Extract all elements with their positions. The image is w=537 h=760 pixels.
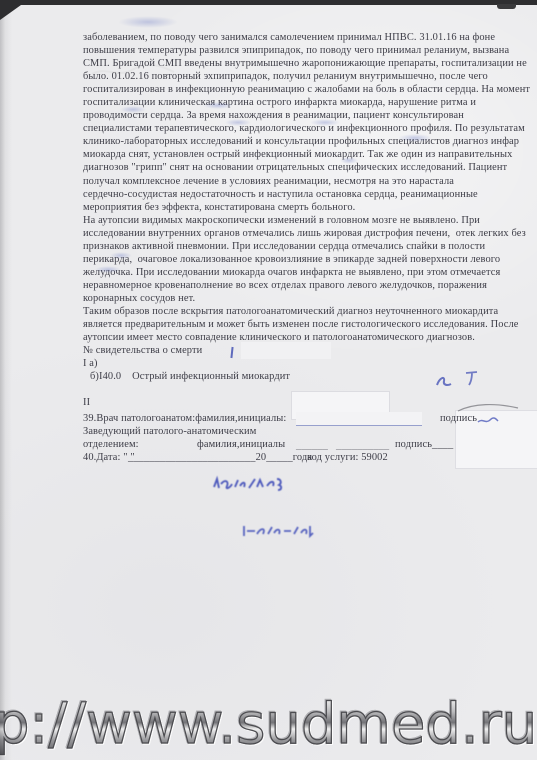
department-head-label-1: Заведующий патолого-анатомическим [83,426,256,437]
redaction-box-doctor-name [296,412,422,426]
report-text-line: получал комплексное лечение в условиях р… [83,175,537,188]
cause-item-1a: I а) [83,358,98,369]
report-text-line: неравномерное кровенаполнение во всех от… [83,279,537,292]
section-ii-label: II [83,397,90,408]
report-text-line: На аутопсии видимых макроскопически изме… [83,214,537,227]
department-head-label-2: отделением: [83,439,139,450]
pen-smudge [110,252,132,259]
report-text-line: является предварительным и может быть из… [83,318,537,331]
report-text-line: мероприятия без эффекта, констатирована … [83,201,537,214]
report-text-line: желудочка. При исследовании миокарда оча… [83,266,537,279]
head-sign-label: подпись____ [395,439,453,450]
report-text-line: госпитализирован в инфекционную реанимац… [83,83,537,96]
blue-stamp-fragment-2 [241,522,315,540]
pen-smudge [203,102,233,109]
date-blank-line: ________________________20_____года [128,452,312,463]
blue-stamp-fragment-1 [211,475,287,495]
report-text-line: коронарных сосудов нет. [83,292,537,305]
cause-item-1b-icd: б)I40.0 Острый инфекционный миокардит [90,371,290,382]
report-text-line: диагнозов "грипп" снят на основании отри… [83,161,537,174]
head-name-underscores: ______ __________ [296,440,389,451]
pen-smudge [120,106,146,113]
pen-smudge [118,16,178,28]
report-text-line: миокарда снят, установлен острый инфекци… [83,148,537,161]
pathologist-sign-label: подпись [440,413,477,424]
pen-mark-t [464,369,480,387]
redaction-box-certificate-number [241,342,331,359]
scan-top-edge [0,0,537,5]
report-text-line: СМП. Бригадой СМП введены внутримышечно … [83,57,537,70]
report-text-line: клинико-лабораторных исследований и конс… [83,135,537,148]
scanned-document-page: заболеванием, по поводу чего занимался с… [0,0,537,760]
scan-edge-notch [497,4,516,9]
date-label: 40.Дата: " " [83,452,135,463]
report-text-line: повышения температуры развился эпиприпад… [83,44,537,57]
report-text-block: заболеванием, по поводу чего занимался с… [83,31,537,344]
report-text-line: заболеванием, по поводу чего занимался с… [83,31,537,44]
signature-stroke-over-box [456,401,520,413]
pen-mark-check [434,372,454,390]
pen-smudge [225,119,251,126]
report-text-line: исследовании внутренних органов отмечали… [83,227,537,240]
report-text-line: перикарда, очаговое локализованное крово… [83,253,537,266]
report-text-line: сердечно-сосудистая недостаточность и на… [83,188,537,201]
pen-smudge [310,119,340,126]
scan-left-edge-shade [0,0,12,760]
pen-smudge [95,266,121,273]
report-text-line: признаков активной пневмонии. При исслед… [83,240,537,253]
pathologist-label: 39.Врач патологоанатом:фамилия,инициалы: [83,413,286,424]
head-name-field-label: фамилия,инициалы [197,439,285,450]
report-text-line: аутопсии имеет место совпадение клиничес… [83,331,537,344]
pen-signature-squiggle [476,416,500,426]
report-text-line: Таким образов после вскрытия патологоана… [83,305,537,318]
certificate-number-label: № свидетельства о смерти [83,345,202,356]
pen-smudge [398,134,432,142]
report-text-line: было. 01.02.16 повторный эхпиприпадок, п… [83,70,537,83]
sudmed-watermark: p://www.sudmed.ru [0,692,537,757]
pen-tick-after-title [230,347,233,358]
pen-smudge [340,157,358,164]
service-code-label: код услуги: 59002 [307,452,388,463]
report-text-line: специалистами терапевтического, кардиоло… [83,122,537,135]
scan-corner-shadow [0,0,28,20]
report-text-line: госпитализации клиническая картина остро… [83,96,537,109]
